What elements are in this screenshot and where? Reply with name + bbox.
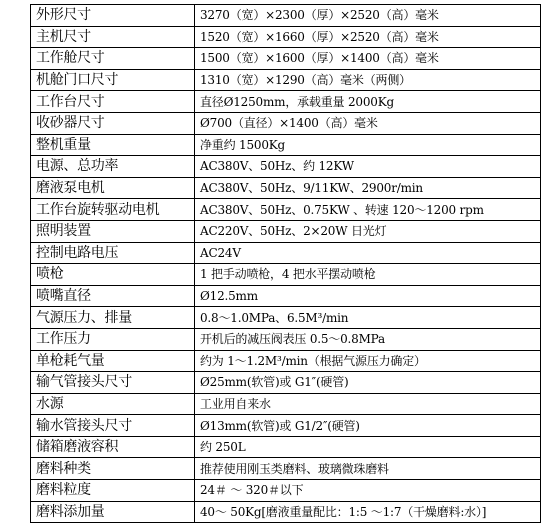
spec-value: AC220V、50Hz、2×20W 日光灯 xyxy=(195,220,541,242)
table-row: 收砂器尺寸Ø700（直径）×1400（高）毫米 xyxy=(31,112,541,134)
table-row: 磨料添加量40～ 50Kg[磨液重量配比：1:5 ～1:7（干燥磨料:水）] xyxy=(31,501,541,523)
spec-value: 工业用自来水 xyxy=(195,393,541,415)
table-row: 电源、总功率AC380V、50Hz、约 12KW xyxy=(31,156,541,178)
spec-value: 净重约 1500Kg xyxy=(195,134,541,156)
spec-value: AC380V、50Hz、9/11KW、2900r/min xyxy=(195,177,541,199)
specification-table: 外形尺寸3270（宽）×2300（厚）×2520（高）毫米 主机尺寸1520（宽… xyxy=(30,4,541,523)
table-row: 工作台旋转驱动电机AC380V、50Hz、0.75KW 、转速 120～1200… xyxy=(31,199,541,221)
spec-value: 1500（宽）×1600（厚）×1400（高）毫米 xyxy=(195,48,541,70)
table-row: 工作台尺寸直径Ø1250mm，承载重量 2000Kg xyxy=(31,91,541,113)
table-row: 机舱门口尺寸1310（宽）×1290（高）毫米（两侧） xyxy=(31,69,541,91)
table-row: 外形尺寸3270（宽）×2300（厚）×2520（高）毫米 xyxy=(31,5,541,27)
spec-label: 输水管接头尺寸 xyxy=(31,415,195,437)
spec-label: 机舱门口尺寸 xyxy=(31,69,195,91)
spec-value: 1310（宽）×1290（高）毫米（两侧） xyxy=(195,69,541,91)
table-row: 控制电路电压AC24V xyxy=(31,242,541,264)
table-row: 水源工业用自来水 xyxy=(31,393,541,415)
spec-label: 工作台尺寸 xyxy=(31,91,195,113)
table-row: 单枪耗气量约为 1～1.2M³/min（根据气源压力确定） xyxy=(31,350,541,372)
spec-value: 约 250L xyxy=(195,436,541,458)
spec-label: 主机尺寸 xyxy=(31,26,195,48)
table-row: 磨料种类推荐使用刚玉类磨料、玻璃微珠磨料 xyxy=(31,458,541,480)
spec-label: 外形尺寸 xyxy=(31,5,195,27)
table-row: 工作舱尺寸1500（宽）×1600（厚）×1400（高）毫米 xyxy=(31,48,541,70)
spec-value: 3270（宽）×2300（厚）×2520（高）毫米 xyxy=(195,5,541,27)
spec-value: 1520（宽）×1660（厚）×2520（高）毫米 xyxy=(195,26,541,48)
spec-value: Ø700（直径）×1400（高）毫米 xyxy=(195,112,541,134)
table-row: 照明装置AC220V、50Hz、2×20W 日光灯 xyxy=(31,220,541,242)
spec-value: 开机后的减压阀表压 0.5～0.8MPa xyxy=(195,328,541,350)
spec-label: 喷嘴直径 xyxy=(31,285,195,307)
spec-value: AC380V、50Hz、0.75KW 、转速 120～1200 rpm xyxy=(195,199,541,221)
spec-label: 照明装置 xyxy=(31,220,195,242)
spec-label: 磨料种类 xyxy=(31,458,195,480)
table-row: 气源压力、排量0.8～1.0MPa、6.5M³/min xyxy=(31,307,541,329)
spec-value: 40～ 50Kg[磨液重量配比：1:5 ～1:7（干燥磨料:水）] xyxy=(195,501,541,523)
spec-label: 气源压力、排量 xyxy=(31,307,195,329)
spec-value: AC24V xyxy=(195,242,541,264)
spec-value: 推荐使用刚玉类磨料、玻璃微珠磨料 xyxy=(195,458,541,480)
spec-value: 约为 1～1.2M³/min（根据气源压力确定） xyxy=(195,350,541,372)
spec-value: 24＃ ～ 320＃以下 xyxy=(195,480,541,502)
spec-label: 磨料粒度 xyxy=(31,480,195,502)
spec-label: 工作压力 xyxy=(31,328,195,350)
table-row: 喷嘴直径Ø12.5mm xyxy=(31,285,541,307)
table-row: 喷枪1 把手动喷枪，4 把水平摆动喷枪 xyxy=(31,264,541,286)
spec-value: Ø13mm(软管)或 G1/2″(硬管) xyxy=(195,415,541,437)
table-row: 输水管接头尺寸Ø13mm(软管)或 G1/2″(硬管) xyxy=(31,415,541,437)
spec-value: Ø25mm(软管)或 G1″(硬管) xyxy=(195,372,541,394)
spec-label: 输气管接头尺寸 xyxy=(31,372,195,394)
table-row: 输气管接头尺寸Ø25mm(软管)或 G1″(硬管) xyxy=(31,372,541,394)
table-row: 工作压力开机后的减压阀表压 0.5～0.8MPa xyxy=(31,328,541,350)
spec-value: 0.8～1.0MPa、6.5M³/min xyxy=(195,307,541,329)
table-row: 整机重量净重约 1500Kg xyxy=(31,134,541,156)
spec-label: 收砂器尺寸 xyxy=(31,112,195,134)
spec-label: 水源 xyxy=(31,393,195,415)
table-row: 磨液泵电机AC380V、50Hz、9/11KW、2900r/min xyxy=(31,177,541,199)
spec-label: 电源、总功率 xyxy=(31,156,195,178)
table-row: 主机尺寸1520（宽）×1660（厚）×2520（高）毫米 xyxy=(31,26,541,48)
spec-label: 喷枪 xyxy=(31,264,195,286)
spec-value: Ø12.5mm xyxy=(195,285,541,307)
spec-label: 工作台旋转驱动电机 xyxy=(31,199,195,221)
spec-label: 控制电路电压 xyxy=(31,242,195,264)
table-row: 磨料粒度24＃ ～ 320＃以下 xyxy=(31,480,541,502)
table-row: 储箱磨液容积约 250L xyxy=(31,436,541,458)
spec-value: 直径Ø1250mm，承载重量 2000Kg xyxy=(195,91,541,113)
spec-label: 储箱磨液容积 xyxy=(31,436,195,458)
spec-label: 单枪耗气量 xyxy=(31,350,195,372)
spec-label: 磨料添加量 xyxy=(31,501,195,523)
spec-value: 1 把手动喷枪，4 把水平摆动喷枪 xyxy=(195,264,541,286)
spec-label: 磨液泵电机 xyxy=(31,177,195,199)
spec-value: AC380V、50Hz、约 12KW xyxy=(195,156,541,178)
spec-label: 整机重量 xyxy=(31,134,195,156)
spec-label: 工作舱尺寸 xyxy=(31,48,195,70)
